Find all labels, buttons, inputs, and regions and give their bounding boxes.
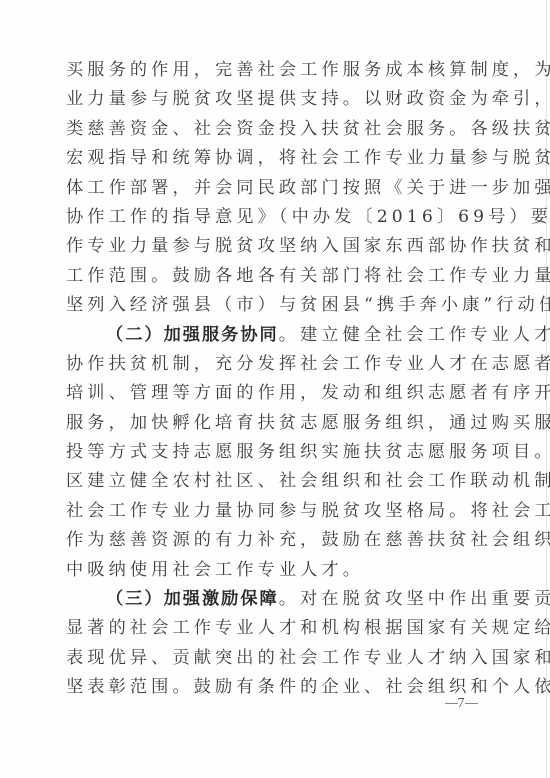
text-line: 表现优异、贡献突出的社会工作专业人才纳入国家和地方脱贫攻	[66, 644, 482, 673]
text-line: 中吸纳使用社会工作专业人才。	[66, 556, 482, 585]
section-2-first-line: （二）加强服务协同。建立健全社会工作专业人才和志愿者	[66, 321, 482, 350]
text-line: 培训、管理等方面的作用，发动和组织志愿者有序开展扶贫志愿	[66, 379, 482, 408]
dash-right	[465, 703, 478, 704]
text-line: 服务，加快孵化培育扶贫志愿服务组织，通过购买服务、公益创	[66, 409, 482, 438]
text-line: 显著的社会工作专业人才和机构根据国家有关规定给予奖励，将	[66, 614, 482, 643]
section-2-heading: （二）加强服务协同	[106, 325, 279, 345]
dash-left	[445, 703, 458, 704]
text-line: 体工作部署，并会同民政部门按照《关于进一步加强东西部扶贫	[66, 174, 482, 203]
text-line: 投等方式支持志愿服务组织实施扶贫志愿服务项目。支持贫困地	[66, 438, 482, 467]
text-line: 业力量参与脱贫攻坚提供支持。以财政资金为牵引，引导整合各	[66, 85, 482, 114]
section-3-first-line: （三）加强激励保障。对在脱贫攻坚中作出重要贡献、成绩	[66, 585, 482, 614]
text-line: 类慈善资金、社会资金投入扶贫社会服务。各级扶贫部门要加强	[66, 115, 482, 144]
text-line: 社会工作专业力量协同参与脱贫攻坚格局。将社会工作专业力量	[66, 497, 482, 526]
section-3-heading: （三）加强激励保障	[106, 589, 279, 609]
text-line: 坚列入经济强县（市）与贫困县“携手奔小康”行动任务中。	[66, 291, 482, 320]
text-line: 作专业力量参与脱贫攻坚纳入国家东西部协作扶贫和对口支援	[66, 232, 482, 261]
page-number-value: 7	[458, 696, 465, 711]
text-line: 协作工作的指导意见》（中办发〔2016〕69号）要求，将社会工	[66, 203, 482, 232]
text-line: 宏观指导和统筹协调，将社会工作专业力量参与脱贫攻坚纳入总	[66, 144, 482, 173]
text-line: 工作范围。鼓励各地各有关部门将社会工作专业力量参与脱贫攻	[66, 262, 482, 291]
section-2-intro: 。建立健全社会工作专业人才和志愿者	[279, 325, 550, 345]
text-line: 协作扶贫机制，充分发挥社会工作专业人才在志愿者招募、注册、	[66, 350, 482, 379]
text-line: 作为慈善资源的有力补充，鼓励在慈善扶贫社会组织和服务项目	[66, 526, 482, 555]
text-line: 买服务的作用，完善社会工作服务成本核算制度，为社会工作专	[66, 56, 482, 85]
document-body: 买服务的作用，完善社会工作服务成本核算制度，为社会工作专 业力量参与脱贫攻坚提供…	[66, 56, 482, 703]
page-number: 7	[436, 696, 486, 712]
text-line: 区建立健全农村社区、社会组织和社会工作联动机制，加快形成	[66, 467, 482, 496]
text-line: 坚表彰范围。鼓励有条件的企业、社会组织和个人依法设立社会	[66, 673, 482, 702]
document-page: 买服务的作用，完善社会工作服务成本核算制度，为社会工作专 业力量参与脱贫攻坚提供…	[0, 0, 550, 778]
section-3-intro: 。对在脱贫攻坚中作出重要贡献、成绩	[279, 589, 550, 609]
